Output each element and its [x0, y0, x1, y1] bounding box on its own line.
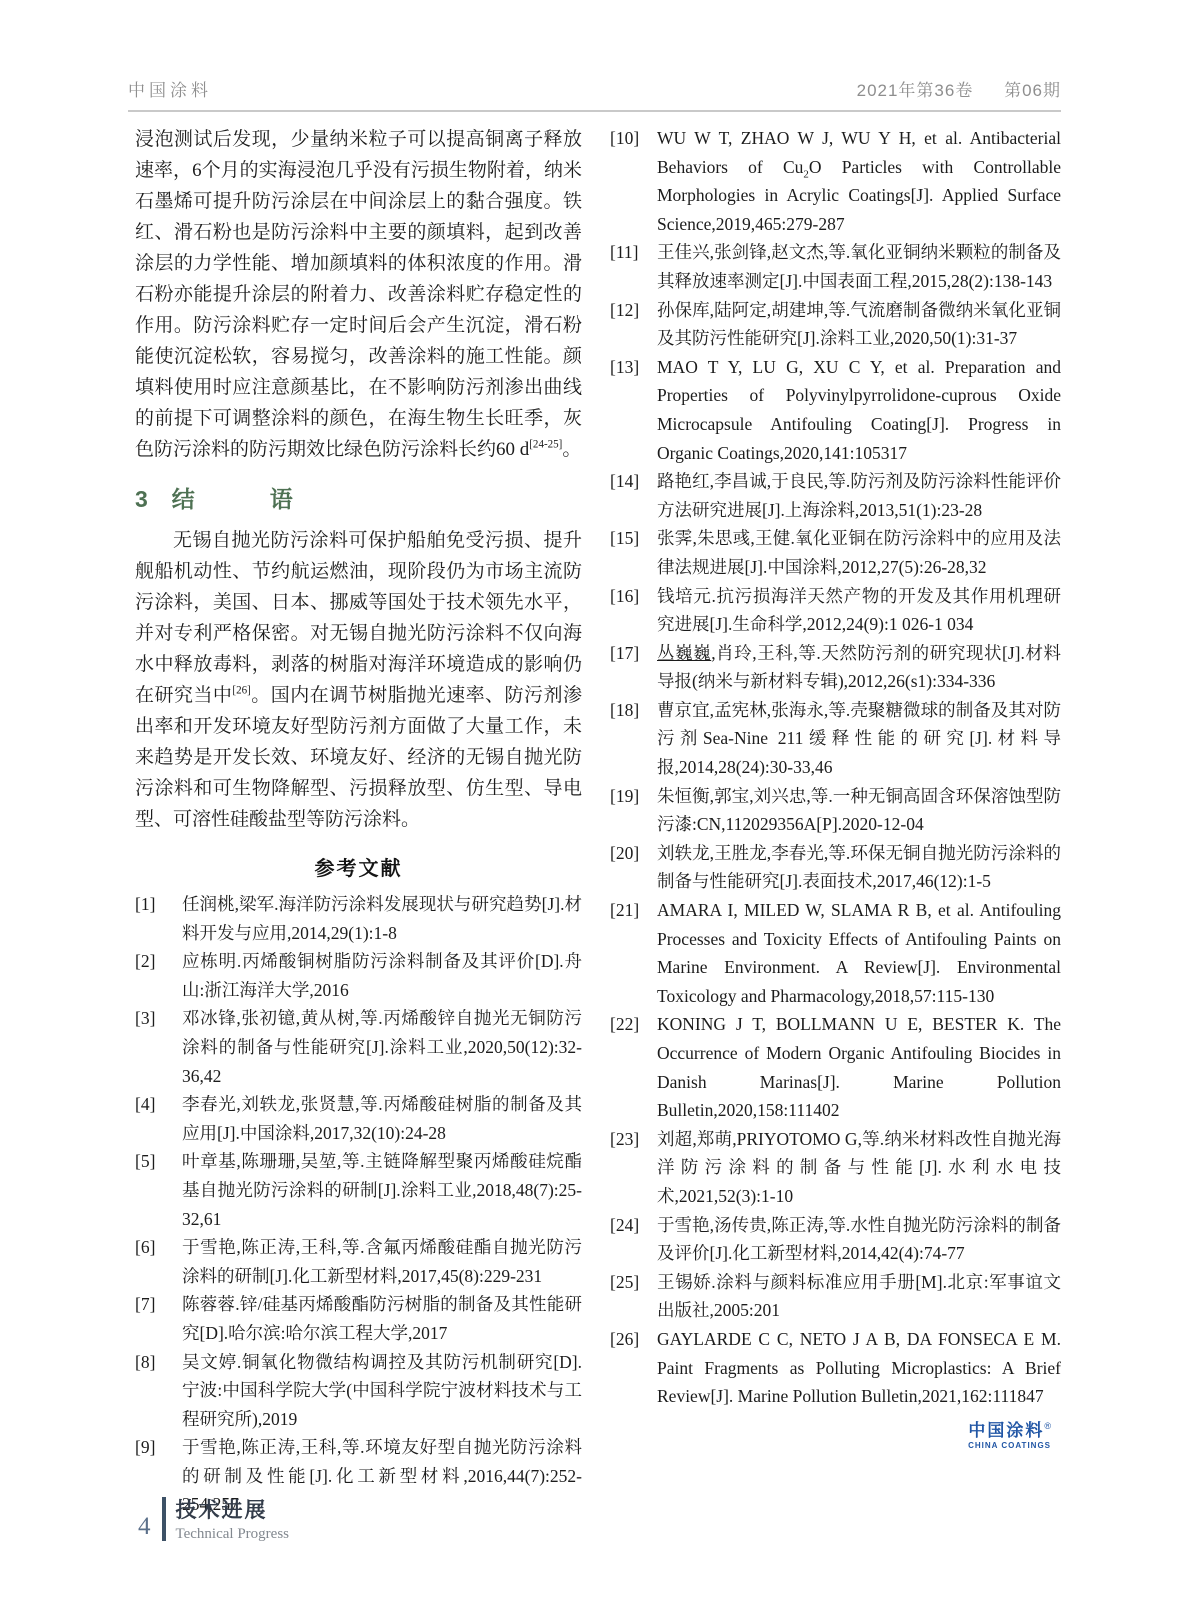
reference-text: 于雪艳,陈正涛,王科,等.含氟丙烯酸硅酯自抛光防污涂料的研制[J].化工新型材料… — [182, 1233, 582, 1290]
logo-chinese: 中国涂料® — [610, 1421, 1051, 1441]
two-column-body: 浸泡测试后发现，少量纳米粒子可以提高铜离子释放速率，6个月的实海浸泡几乎没有污损… — [135, 124, 1061, 1519]
reference-item: [24]于雪艳,汤传贵,陈正涛,等.水性自抛光防污涂料的制备及评价[J].化工新… — [610, 1211, 1061, 1268]
reference-item: [17]丛巍巍,肖玲,王科,等.天然防污剂的研究现状[J].材料导报(纳米与新材… — [610, 639, 1061, 696]
reference-item: [10]WU W T, ZHAO W J, WU Y H, et al. Ant… — [610, 124, 1061, 238]
reference-item: [6]于雪艳,陈正涛,王科,等.含氟丙烯酸硅酯自抛光防污涂料的研制[J].化工新… — [135, 1233, 582, 1290]
reference-item: [2]应栋明.丙烯酸铜树脂防污涂料制备及其评价[D].舟山:浙江海洋大学,201… — [135, 947, 582, 1004]
reference-number: [2] — [135, 947, 182, 1004]
reference-text: 任润桃,梁军.海洋防污涂料发展现状与研究趋势[J].材料开发与应用,2014,2… — [182, 890, 582, 947]
reference-number: [25] — [610, 1268, 657, 1325]
reference-number: [10] — [610, 124, 657, 238]
volume-label: 2021年第36卷 — [857, 81, 974, 100]
logo-english: CHINA COATINGS — [610, 1441, 1051, 1450]
footer-section-en: Technical Progress — [176, 1526, 290, 1543]
registered-mark: ® — [1044, 1421, 1051, 1431]
journal-name: 中国涂料 — [128, 76, 212, 101]
section-number: 3 — [135, 486, 148, 512]
reference-number: [13] — [610, 353, 657, 467]
reference-text: 王佳兴,张剑锋,赵文杰,等.氧化亚铜纳米颗粒的制备及其释放速率测定[J].中国表… — [657, 238, 1061, 295]
footer-divider-bar — [162, 1497, 166, 1541]
reference-text: MAO T Y, LU G, XU C Y, et al. Preparatio… — [657, 353, 1061, 467]
reference-item: [8]吴文婷.铜氧化物微结构调控及其防污机制研究[D].宁波:中国科学院大学(中… — [135, 1348, 582, 1434]
reference-text: 王锡娇.涂料与颜料标准应用手册[M].北京:军事谊文出版社,2005:201 — [657, 1268, 1061, 1325]
conclusion-text-after: 。国内在调节树脂抛光速率、防污剂渗出率和开发环境友好型防污剂方面做了大量工作，未… — [135, 685, 582, 830]
reference-text: 应栋明.丙烯酸铜树脂防污涂料制备及其评价[D].舟山:浙江海洋大学,2016 — [182, 947, 582, 1004]
reference-text: 刘超,郑萌,PRIYOTOMO G,等.纳米材料改性自抛光海洋防污涂料的制备与性… — [657, 1125, 1061, 1211]
reference-number: [20] — [610, 839, 657, 896]
reference-number: [4] — [135, 1090, 182, 1147]
reference-text: 叶章基,陈珊珊,吴堃,等.主链降解型聚丙烯酸硅烷酯基自抛光防污涂料的研制[J].… — [182, 1147, 582, 1233]
reference-item: [5]叶章基,陈珊珊,吴堃,等.主链降解型聚丙烯酸硅烷酯基自抛光防污涂料的研制[… — [135, 1147, 582, 1233]
reference-number: [22] — [610, 1010, 657, 1124]
footer-section-cn: 技术进展 — [176, 1494, 290, 1524]
reference-item: [14]路艳红,李昌诚,于良民,等.防污剂及防污涂料性能评价方法研究进展[J].… — [610, 467, 1061, 524]
reference-number: [6] — [135, 1233, 182, 1290]
reference-text: WU W T, ZHAO W J, WU Y H, et al. Antibac… — [657, 124, 1061, 238]
reference-number: [26] — [610, 1325, 657, 1411]
reference-item: [12]孙保库,陆阿定,胡建坤,等.气流磨制备微纳米氧化亚铜及其防污性能研究[J… — [610, 296, 1061, 353]
reference-item: [15]张霁,朱思彧,王健.氧化亚铜在防污涂料中的应用及法律法规进展[J].中国… — [610, 524, 1061, 581]
reference-item: [16]钱培元.抗污损海洋天然产物的开发及其作用机理研究进展[J].生命科学,2… — [610, 582, 1061, 639]
reference-text: 丛巍巍,肖玲,王科,等.天然防污剂的研究现状[J].材料导报(纳米与新材料专辑)… — [657, 639, 1061, 696]
reference-number: [15] — [610, 524, 657, 581]
reference-text: 曹京宜,孟宪林,张海永,等.壳聚糖微球的制备及其对防污剂Sea-Nine 211… — [657, 696, 1061, 782]
paragraph-tail: 。 — [562, 439, 581, 460]
reference-item: [25]王锡娇.涂料与颜料标准应用手册[M].北京:军事谊文出版社,2005:2… — [610, 1268, 1061, 1325]
reference-number: [24] — [610, 1211, 657, 1268]
reference-text: 吴文婷.铜氧化物微结构调控及其防污机制研究[D].宁波:中国科学院大学(中国科学… — [182, 1348, 582, 1434]
section-title: 结 语 — [172, 486, 319, 512]
section-heading-conclusion: 3结 语 — [135, 481, 582, 514]
footer-section: 技术进展 Technical Progress — [176, 1494, 290, 1543]
reference-text: GAYLARDE C C, NETO J A B, DA FONSECA E M… — [657, 1325, 1061, 1411]
references-heading: 参考文献 — [135, 852, 582, 881]
citation-superscript: [26] — [232, 685, 250, 697]
page-number: 4 — [138, 1513, 151, 1543]
publisher-logo: 中国涂料® CHINA COATINGS — [610, 1421, 1061, 1451]
reference-text: 钱培元.抗污损海洋天然产物的开发及其作用机理研究进展[J].生命科学,2012,… — [657, 582, 1061, 639]
reference-number: [7] — [135, 1290, 182, 1347]
references-list-right: [10]WU W T, ZHAO W J, WU Y H, et al. Ant… — [610, 124, 1061, 1411]
reference-text: 陈蓉蓉.锌/硅基丙烯酸酯防污树脂的制备及其性能研究[D].哈尔滨:哈尔滨工程大学… — [182, 1290, 582, 1347]
reference-text: 于雪艳,汤传贵,陈正涛,等.水性自抛光防污涂料的制备及评价[J].化工新型材料,… — [657, 1211, 1061, 1268]
reference-item: [11]王佳兴,张剑锋,赵文杰,等.氧化亚铜纳米颗粒的制备及其释放速率测定[J]… — [610, 238, 1061, 295]
left-column: 浸泡测试后发现，少量纳米粒子可以提高铜离子释放速率，6个月的实海浸泡几乎没有污损… — [135, 124, 582, 1519]
reference-number: [16] — [610, 582, 657, 639]
reference-number: [21] — [610, 896, 657, 1010]
journal-page: 中国涂料 2021年第36卷 第06期 浸泡测试后发现，少量纳米粒子可以提高铜离… — [0, 0, 1187, 1600]
reference-item: [23]刘超,郑萌,PRIYOTOMO G,等.纳米材料改性自抛光海洋防污涂料的… — [610, 1125, 1061, 1211]
conclusion-paragraph: 无锡自抛光防污涂料可保护船舶免受污损、提升舰船机动性、节约航运燃油，现阶段仍为市… — [135, 525, 582, 835]
reference-text: 刘轶龙,王胜龙,李春光,等.环保无铜自抛光防污涂料的制备与性能研究[J].表面技… — [657, 839, 1061, 896]
reference-text: 路艳红,李昌诚,于良民,等.防污剂及防污涂料性能评价方法研究进展[J].上海涂料… — [657, 467, 1061, 524]
reference-item: [22]KONING J T, BOLLMANN U E, BESTER K. … — [610, 1010, 1061, 1124]
reference-item: [19]朱恒衡,郭宝,刘兴忠,等.一种无铜高固含环保溶蚀型防污漆:CN,1120… — [610, 782, 1061, 839]
reference-item: [18]曹京宜,孟宪林,张海永,等.壳聚糖微球的制备及其对防污剂Sea-Nine… — [610, 696, 1061, 782]
reference-text: AMARA I, MILED W, SLAMA R B, et al. Anti… — [657, 896, 1061, 1010]
reference-text: 朱恒衡,郭宝,刘兴忠,等.一种无铜高固含环保溶蚀型防污漆:CN,11202935… — [657, 782, 1061, 839]
reference-number: [19] — [610, 782, 657, 839]
references-list-left: [1]任润桃,梁军.海洋防污涂料发展现状与研究趋势[J].材料开发与应用,201… — [135, 890, 582, 1519]
page-footer: 4 技术进展 Technical Progress — [138, 1494, 289, 1543]
issue-number-label: 第06期 — [1004, 81, 1061, 100]
reference-number: [14] — [610, 467, 657, 524]
reference-item: [26]GAYLARDE C C, NETO J A B, DA FONSECA… — [610, 1325, 1061, 1411]
paragraph-continuation: 浸泡测试后发现，少量纳米粒子可以提高铜离子释放速率，6个月的实海浸泡几乎没有污损… — [135, 124, 582, 465]
reference-text: 张霁,朱思彧,王健.氧化亚铜在防污涂料中的应用及法律法规进展[J].中国涂料,2… — [657, 524, 1061, 581]
reference-item: [21]AMARA I, MILED W, SLAMA R B, et al. … — [610, 896, 1061, 1010]
citation-superscript: [24-25] — [529, 439, 562, 451]
page-header: 中国涂料 2021年第36卷 第06期 — [128, 76, 1061, 112]
reference-item: [4]李春光,刘轶龙,张贤慧,等.丙烯酸硅树脂的制备及其应用[J].中国涂料,2… — [135, 1090, 582, 1147]
reference-item: [13]MAO T Y, LU G, XU C Y, et al. Prepar… — [610, 353, 1061, 467]
reference-text: 邓冰锋,张初镱,黄从树,等.丙烯酸锌自抛光无铜防污涂料的制备与性能研究[J].涂… — [182, 1004, 582, 1090]
reference-item: [3]邓冰锋,张初镱,黄从树,等.丙烯酸锌自抛光无铜防污涂料的制备与性能研究[J… — [135, 1004, 582, 1090]
right-column: [10]WU W T, ZHAO W J, WU Y H, et al. Ant… — [610, 124, 1061, 1519]
reference-number: [17] — [610, 639, 657, 696]
reference-item: [20]刘轶龙,王胜龙,李春光,等.环保无铜自抛光防污涂料的制备与性能研究[J]… — [610, 839, 1061, 896]
reference-text: KONING J T, BOLLMANN U E, BESTER K. The … — [657, 1010, 1061, 1124]
conclusion-text-before: 无锡自抛光防污涂料可保护船舶免受污损、提升舰船机动性、节约航运燃油，现阶段仍为市… — [135, 530, 582, 706]
reference-text: 李春光,刘轶龙,张贤慧,等.丙烯酸硅树脂的制备及其应用[J].中国涂料,2017… — [182, 1090, 582, 1147]
reference-item: [7]陈蓉蓉.锌/硅基丙烯酸酯防污树脂的制备及其性能研究[D].哈尔滨:哈尔滨工… — [135, 1290, 582, 1347]
reference-number: [5] — [135, 1147, 182, 1233]
reference-number: [1] — [135, 890, 182, 947]
reference-number: [23] — [610, 1125, 657, 1211]
reference-number: [18] — [610, 696, 657, 782]
reference-item: [1]任润桃,梁军.海洋防污涂料发展现状与研究趋势[J].材料开发与应用,201… — [135, 890, 582, 947]
reference-number: [3] — [135, 1004, 182, 1090]
paragraph-text: 浸泡测试后发现，少量纳米粒子可以提高铜离子释放速率，6个月的实海浸泡几乎没有污损… — [135, 129, 582, 460]
reference-text: 孙保库,陆阿定,胡建坤,等.气流磨制备微纳米氧化亚铜及其防污性能研究[J].涂料… — [657, 296, 1061, 353]
reference-number: [8] — [135, 1348, 182, 1434]
reference-number: [11] — [610, 238, 657, 295]
issue-info: 2021年第36卷 第06期 — [857, 76, 1061, 101]
reference-number: [12] — [610, 296, 657, 353]
